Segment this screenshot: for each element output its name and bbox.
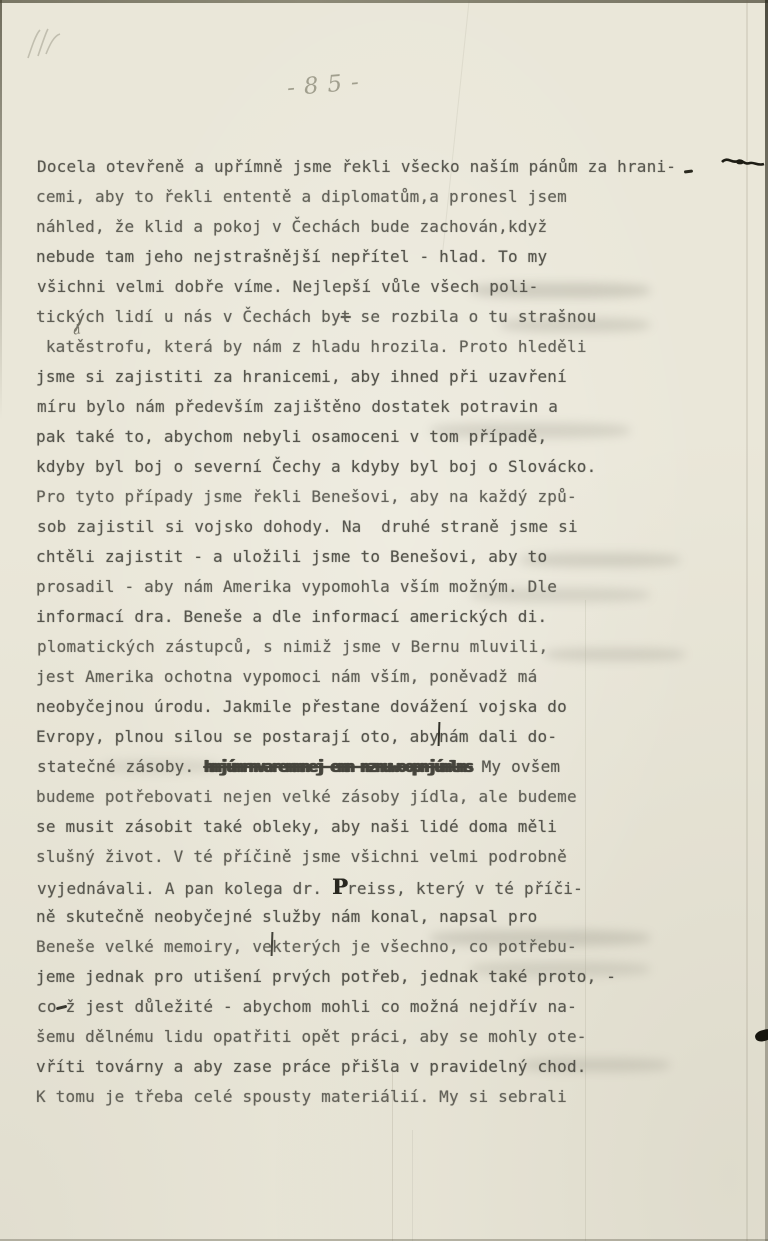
typed-segment: My ovšem (472, 757, 561, 776)
typed-segment: Beneše velké memoiry, ve (36, 937, 272, 956)
typed-line: plomatických zástupců, s nimiž jsme v Be… (37, 632, 737, 662)
typed-line: informací dra. Beneše a dle informací am… (36, 602, 736, 632)
scan-edge-top (0, 0, 768, 3)
typed-line: pak také to, abychom nebyli osamoceni v … (36, 422, 736, 452)
typed-line: jsme si zajistiti za hranicemi, aby ihne… (36, 362, 736, 392)
typed-line: tických lidí u nás v Čechách byt se rozb… (36, 302, 736, 332)
typed-line: což jest důležité - abychom mohli co mož… (37, 992, 737, 1022)
typed-segment: kterých je všechno, co potřebu- (272, 937, 577, 956)
typed-line: náhled, že klid a pokoj v Čechách bude z… (36, 212, 736, 242)
typed-line: nebude tam jeho nejstrašnější nepřítel -… (36, 242, 736, 272)
typed-line: Docela otevřeně a upřímně jsme řekli vše… (37, 152, 737, 182)
struck-char: t (341, 307, 351, 326)
typed-segment: reiss, který v té příči- (347, 879, 583, 898)
corrected-letter: aě (75, 332, 85, 362)
typed-line: K tomu je třeba celé spousty materiálií.… (36, 1082, 736, 1112)
typed-segment: vyjednávali. A pan kolega dr. (37, 879, 332, 898)
typed-line: ně skutečně neobyčejné služby nám konal,… (36, 902, 736, 932)
typed-segment: Evropy, plnou silou se postarají oto, ab… (36, 727, 439, 746)
overtyped-strikeout-text: hmjúmrnvaremmnej emn nznuwoopnjúmlms (204, 757, 472, 776)
typed-line: slušný život. V té příčině jsme všichni … (36, 842, 736, 872)
typed-segment: tických lidí u nás v Čechách by (36, 307, 341, 326)
pencil-scribble (20, 24, 76, 68)
typed-line: vříti továrny a aby zase práce přišla v … (36, 1052, 736, 1082)
typed-segment: strofu, která by nám z hladu hrozila. Pr… (85, 337, 586, 356)
typed-segment: ž jest důležité - abychom mohli co možná… (66, 997, 577, 1016)
typed-line: sob zajistil si vojsko dohody. Na druhé … (37, 512, 737, 542)
typed-line: jest Amerika ochotna vypomoci nám vším, … (36, 662, 736, 692)
typed-line: statečné zásoby. hmjúmrnvaremmnej emn nz… (37, 752, 737, 782)
typed-line: šemu dělnému lidu opatřiti opět práci, a… (36, 1022, 736, 1052)
document-page: -85- Docela otevřeně a upřímně jsme řekl… (0, 0, 768, 1241)
handwritten-capital-p: P (332, 874, 348, 899)
typed-segment: se rozbila o tu strašnou (351, 307, 597, 326)
typed-line: prosadil - aby nám Amerika vypomohla vší… (36, 572, 736, 602)
typed-line: neobyčejnou úrodu. Jakmile přestane dová… (36, 692, 736, 722)
typed-line: cemi, aby to řekli ententě a diplomatům,… (36, 182, 736, 212)
typed-line: Beneše velké memoiry, vekterých je všech… (36, 932, 736, 962)
typed-text-block: Docela otevřeně a upřímně jsme řekli vše… (36, 152, 736, 1112)
typed-line: chtěli zajistit - a uložili jsme to Bene… (36, 542, 736, 572)
typed-segment: co (37, 997, 57, 1016)
typed-line: kdyby byl boj o severní Čechy a kdyby by… (36, 452, 736, 482)
typed-line: všichni velmi dobře víme. Nejlepší vůle … (37, 272, 737, 302)
typed-line: se musit zásobit také obleky, aby naši l… (36, 812, 736, 842)
typed-line: budeme potřebovati nejen velké zásoby jí… (36, 782, 736, 812)
typed-line: vyjednávali. A pan kolega dr. Preiss, kt… (37, 872, 737, 902)
typed-line: jeme jednak pro utišení prvých potřeb, j… (36, 962, 736, 992)
typed-segment: nám dali do- (439, 727, 557, 746)
typed-line: Pro tyto případy jsme řekli Benešovi, ab… (36, 482, 736, 512)
typed-line: kataěstrofu, která by nám z hladu hrozil… (36, 332, 736, 362)
typed-line: Evropy, plnou silou se postarají oto, ab… (36, 722, 736, 752)
paper-crease-line (746, 0, 748, 1241)
paper-crease-line (412, 1130, 413, 1241)
pencil-page-number: -85- (286, 69, 369, 102)
scan-edge-left (0, 0, 2, 420)
typed-segment: kat (36, 337, 75, 356)
typed-line: míru bylo nám především zajištěno dostat… (37, 392, 737, 422)
typed-segment: statečné zásoby. (37, 757, 204, 776)
